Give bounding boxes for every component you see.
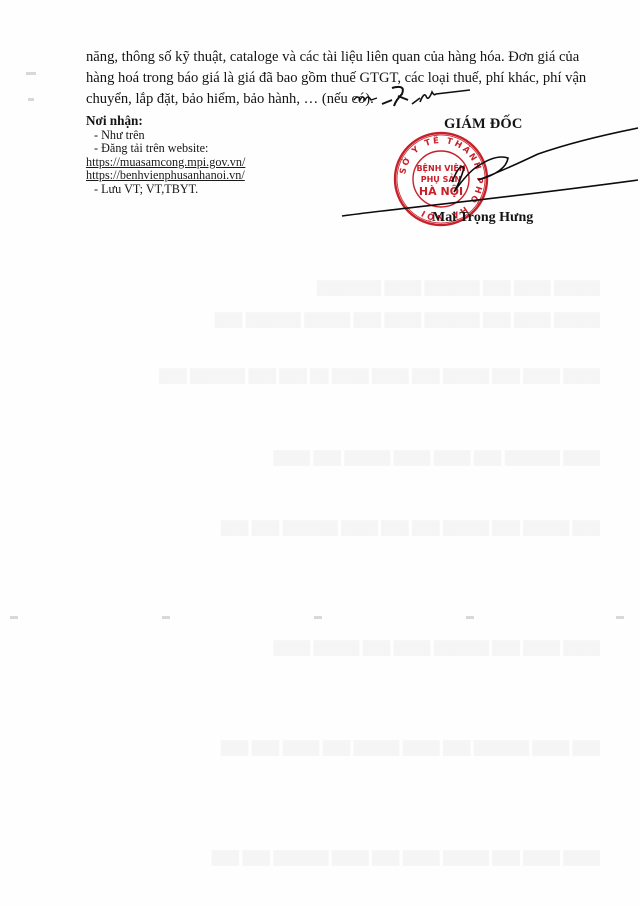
website-link-hospital[interactable]: https://benhvienphusanhanoi.vn/ (86, 169, 245, 183)
margin-mark (10, 616, 18, 619)
margin-mark (28, 98, 34, 101)
margin-mark (616, 616, 624, 619)
svg-text:PHỤ SẢN: PHỤ SẢN (421, 173, 462, 184)
signer-name: Mai Trọng Hưng (432, 210, 533, 226)
scanned-document-page: █████ ████ ███ ██████ ████ ███████ █████… (0, 0, 640, 906)
margin-mark (162, 616, 170, 619)
recipients-title: Nơi nhận: (86, 114, 245, 128)
website-link-muasamcong[interactable]: https://muasamcong.mpi.gov.vn/ (86, 156, 245, 170)
body-line: chuyển, lắp đặt, bảo hiểm, bảo hành, … (… (86, 89, 558, 110)
margin-mark (466, 616, 474, 619)
recipients-block: Nơi nhận: - Như trên - Đăng tải trên web… (86, 114, 245, 197)
svg-text:BỆNH VIỆN: BỆNH VIỆN (416, 163, 465, 173)
margin-mark (314, 616, 322, 619)
recipient-item: - Đăng tải trên website: (86, 142, 245, 156)
svg-text:HÀ NỘI: HÀ NỘI (419, 185, 463, 198)
archive-note: - Lưu VT; VT,TBYT. (86, 183, 245, 197)
body-line: năng, thông số kỹ thuật, cataloge và các… (86, 47, 558, 68)
body-line: hàng hoá trong báo giá là giá đã bao gồm… (86, 68, 558, 89)
initials-signature-icon (352, 82, 472, 110)
recipient-item: - Như trên (86, 129, 245, 143)
margin-mark (26, 72, 36, 75)
body-paragraph: năng, thông số kỹ thuật, cataloge và các… (86, 47, 558, 110)
